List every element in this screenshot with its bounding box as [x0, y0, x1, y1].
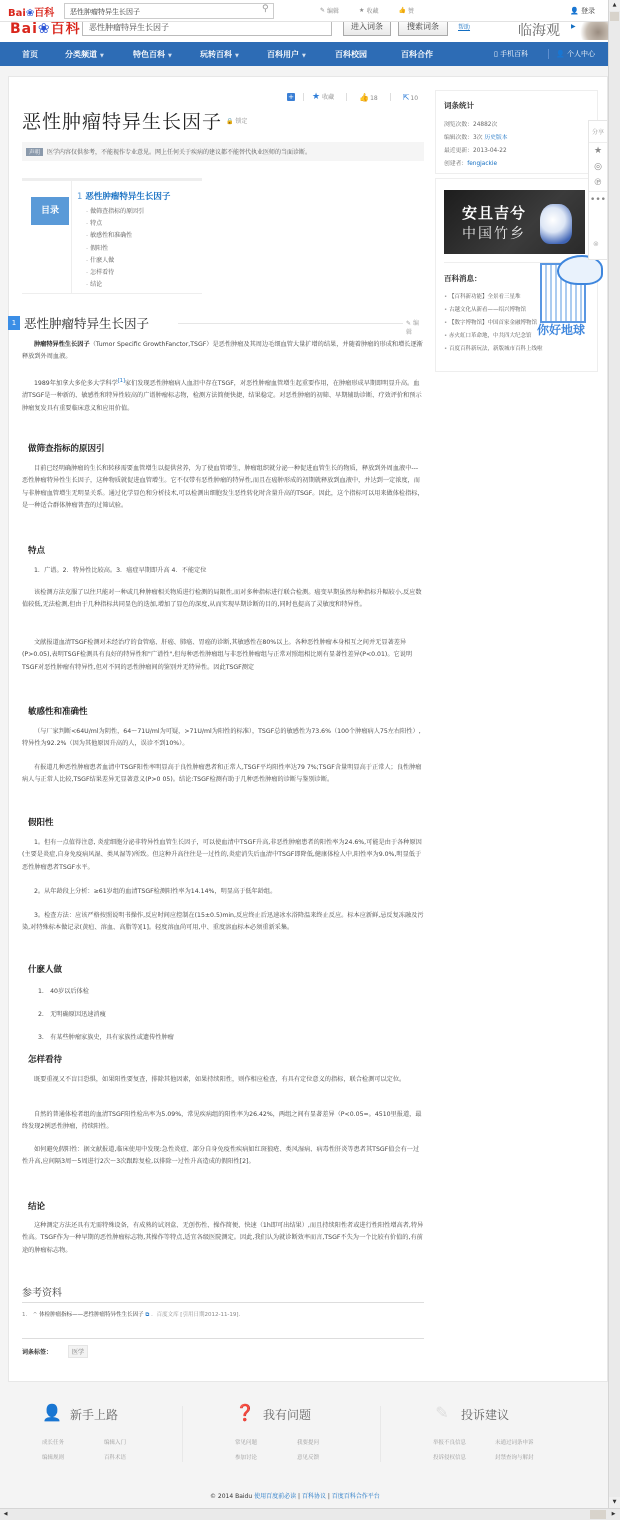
star-icon[interactable]: ★: [589, 143, 607, 159]
vase-image: [540, 204, 572, 244]
nav-play[interactable]: 玩转百科▼: [200, 49, 239, 60]
ad-banner[interactable]: 安且吉兮 中国竹乡: [444, 190, 585, 254]
footer-link[interactable]: 参加讨论: [235, 1453, 257, 1461]
footer-column-questions: ❓ 我有问题 常见问题 我要提问 参加讨论 意见反馈: [235, 1404, 385, 1464]
user-icon: 👤: [42, 1404, 60, 1422]
sensitivity-paragraph-1: （与厂家判断<64U/ml为阴性，64～71U/ml为可疑，>71U/ml为阳性…: [22, 726, 424, 751]
thumbs-up-icon: 👍: [398, 7, 405, 14]
entry-stats-card: 词条统计 浏览次数：24882次 编辑次数：3次 历史版本 最近更新：2013-…: [435, 90, 598, 174]
edit-button[interactable]: ✎编辑: [320, 6, 339, 15]
pencil-icon: ✎: [406, 320, 411, 327]
views-count: 浏览次数：24882次: [444, 119, 497, 128]
star-icon: ★: [359, 7, 364, 14]
lock-icon: 🔒: [226, 118, 233, 125]
footer-link[interactable]: 举报不良信息: [433, 1438, 466, 1446]
toc-item[interactable]: 结论: [86, 279, 144, 291]
pin-icon[interactable]: ℗: [589, 175, 607, 191]
qr-code-promo[interactable]: 你好地球: [537, 255, 607, 337]
footer-partner-link[interactable]: 百度百科合作平台: [332, 1493, 380, 1500]
thumbs-up-icon: 👍: [359, 93, 369, 102]
nav-user-center[interactable]: 👤 个人中心: [556, 49, 595, 59]
features-list: 1．广谱。2．特异性比较高。3．癌症早期即升高 4．不能定位: [22, 565, 424, 577]
chevron-down-icon: ▼: [168, 53, 172, 59]
reason-paragraph: 目前已经明确肿瘤的生长和转移需要血管增生以提供营养，为了使血管增生，肿瘤组织就分…: [22, 463, 424, 512]
promo-arrow-icon[interactable]: ▶: [571, 23, 576, 30]
footer-column-newbie: 👤 新手上路 成长任务 编辑入门 编辑规则 百科术语: [42, 1404, 192, 1464]
features-paragraph-2: 该检测方法克服了以往只能对一种或几种肿瘤相关物质进行检测的局限性,而对多种指标进…: [22, 587, 424, 612]
user-icon: 👤: [570, 7, 579, 15]
nav-categories[interactable]: 分类频道▼: [65, 49, 104, 60]
news-title: 百科消息：: [444, 273, 482, 284]
lock-status: 🔒 锁定: [226, 116, 247, 125]
close-icon[interactable]: ⊗: [593, 240, 599, 248]
section-number: 1: [8, 316, 20, 330]
toc-subitems: 做筛查指标的原因引 特点 敏感性和准确性 假阳性 什麽人做 怎样看待 结论: [86, 206, 144, 291]
history-link[interactable]: 历史版本: [484, 135, 507, 141]
footer-link[interactable]: 封禁查询与解封: [495, 1453, 534, 1461]
footer-link[interactable]: 编辑规则: [42, 1453, 64, 1461]
user-icon: 👤: [556, 50, 565, 58]
edits-count: 编辑次数：3次 历史版本: [444, 132, 508, 141]
news-item[interactable]: 古越文化从新看——绍兴博物馆: [444, 305, 544, 313]
footer-link[interactable]: 我要提问: [297, 1438, 319, 1446]
reference-item: 1． ^ 体检肿瘤指标——恶性肿瘤特异性生长因子 ⧉ ．百度文库 [引用日期20…: [22, 1310, 244, 1319]
citation-link[interactable]: [1]: [118, 378, 125, 384]
view-paragraph-1: 既要重视又不盲目恐惧，如果阳性要复查，排除其他因素，如果持续阳性，则作相应检查，…: [22, 1074, 424, 1086]
nav-cooperation[interactable]: 百科合作: [401, 49, 433, 60]
horizontal-scrollbar[interactable]: ◀ ▶: [0, 1508, 620, 1520]
help-link[interactable]: 帮助: [458, 22, 470, 31]
subheading-who: 什麽人做: [28, 963, 62, 975]
subheading-false-positive: 假阳性: [28, 816, 54, 828]
chevron-down-icon: ▼: [235, 53, 239, 59]
news-item[interactable]: 【百科新功能】全景看三星堆: [444, 292, 544, 300]
share-panel: 分享 ★ ◎ ℗ •••: [588, 120, 608, 260]
nav-users[interactable]: 百科用户▼: [267, 49, 306, 60]
news-item[interactable]: 【数字博物馆】中国首家金融博物馆: [444, 318, 544, 326]
promo-text[interactable]: 临海观: [518, 20, 560, 40]
section-edit-button[interactable]: ✎ 编辑: [406, 318, 424, 336]
like-button[interactable]: 👍赞: [398, 6, 414, 15]
article-tools: + ★收藏 👍18 ⇱10: [287, 92, 418, 102]
top-actions: ✎编辑 ★收藏 👍赞: [320, 6, 414, 15]
plus-icon[interactable]: +: [287, 93, 295, 101]
favorite-button[interactable]: ★收藏: [359, 6, 378, 15]
toc-item[interactable]: 特点: [86, 218, 144, 230]
news-item[interactable]: 百度百科新玩法，新版城市百科上线啦: [444, 344, 585, 352]
footer-agreement-link[interactable]: 百科协议: [302, 1493, 326, 1500]
subheading-features: 特点: [28, 544, 45, 556]
pencil-icon: ✎: [320, 7, 325, 14]
share-count[interactable]: ⇱10: [403, 93, 418, 102]
nav-divider: [548, 49, 549, 59]
footer-column-complaints: ✎ 投诉建议 举报不良信息 未通过词条申诉 投诉侵权信息 封禁查询与解封: [433, 1404, 583, 1464]
view-paragraph-2: 自然的普通体检者组的血清TSGF阳性检出率为5.09%，常见疾病组的阳性率为26…: [22, 1109, 424, 1134]
subheading-view: 怎样看待: [28, 1053, 62, 1065]
toc-item[interactable]: 敏感性和准确性: [86, 230, 144, 242]
phone-icon: ▯: [494, 50, 498, 58]
footer-link[interactable]: 常见问题: [235, 1438, 257, 1446]
footer-terms-link[interactable]: 使用百度前必读: [254, 1493, 296, 1500]
caret-icon[interactable]: ^: [33, 1312, 38, 1318]
login-button[interactable]: 👤 登录: [570, 6, 595, 16]
scroll-left-arrow-icon[interactable]: ◀: [0, 1509, 11, 1520]
share-label: 分享: [589, 121, 607, 143]
nav-featured[interactable]: 特色百科▼: [133, 49, 172, 60]
copyright: © 2014 Baidu 使用百度前必读 | 百科协议 | 百度百科合作平台: [210, 1491, 380, 1500]
top-bar: Bai❀百科 恶性肿瘤特异生长因子 ⚲ ✎编辑 ★收藏 👍赞 👤 登录: [0, 0, 608, 22]
footer-link[interactable]: 未通过词条申诉: [495, 1438, 534, 1446]
view-paragraph-3: 如何避免假阳性：据文献报道,临床使用中发现:急性炎症、部分自身免疫性疾病如红斑狼…: [22, 1144, 424, 1169]
false-positive-paragraph-3: 3。检查方法：应该严格按照说明书操作,反应时间应控制在(15±0.5)min,反…: [22, 910, 424, 935]
star-icon: ★: [312, 92, 320, 102]
footer-link[interactable]: 百科术语: [104, 1453, 126, 1461]
intro-paragraph: 肿瘤特异性生长因子（Tumor Specific GrowthFanctor,T…: [22, 339, 424, 364]
footer-link[interactable]: 投诉侵权信息: [433, 1453, 466, 1461]
nav-home[interactable]: 首页: [22, 49, 38, 60]
footer-link[interactable]: 意见反馈: [297, 1453, 319, 1461]
news-item[interactable]: 赤火虹口革命地，中共四大纪念馆: [444, 331, 544, 339]
scroll-down-arrow-icon[interactable]: ▼: [609, 1497, 620, 1508]
list-item: 1. 40岁以后体检: [38, 986, 89, 995]
subheading-sensitivity: 敏感性和准确性: [28, 705, 88, 717]
toc-item[interactable]: 假阳性: [86, 243, 144, 255]
share-icon: ⇱: [403, 93, 410, 102]
history-paragraph: 1989年加拿大多伦多大学科学[1]家们发现恶性肿瘤病人血沮中存在TSGF，对恶…: [22, 375, 424, 415]
top-search-input[interactable]: 恶性肿瘤特异生长因子: [64, 3, 274, 19]
toc-item-main[interactable]: 1恶性肿瘤特异生长因子: [77, 190, 170, 202]
scroll-thumb[interactable]: [610, 12, 619, 21]
table-of-contents: 目录 1恶性肿瘤特异生长因子 做筛查指标的原因引 特点 敏感性和准确性 假阳性 …: [22, 178, 202, 294]
disclaimer-badge: 声明: [26, 148, 43, 156]
page-title: 恶性肿瘤特异生长因子: [22, 107, 222, 134]
section-title: 恶性肿瘤特异生长因子: [24, 314, 149, 332]
scroll-thumb[interactable]: [590, 1510, 606, 1519]
subheading-reason: 做筛查指标的原因引: [28, 442, 105, 454]
chevron-down-icon: ▼: [100, 53, 104, 59]
sensitivity-paragraph-2: 有报道几种恶性肿瘤患者血清中TSGF阳性率明显高于良性肿瘤患者和正常人,TSGF…: [22, 762, 424, 787]
toc-item[interactable]: 什麽人做: [86, 255, 144, 267]
question-icon: ❓: [235, 1404, 253, 1422]
baidu-baike-logo-small[interactable]: Bai❀百科: [8, 4, 54, 19]
search-icon[interactable]: ⚲: [262, 4, 269, 14]
toc-label: 目录: [31, 197, 69, 225]
weibo-icon[interactable]: ◎: [589, 159, 607, 175]
references-title: 参考资料: [22, 1284, 62, 1299]
conclusion-paragraph: 这种测定方法还具有无需特殊设备，有成熟的试剂盒、无创伤性、操作简便、快速（1h即…: [22, 1220, 424, 1257]
toc-item[interactable]: 怎样看待: [86, 267, 144, 279]
nav-campus[interactable]: 百科校园: [335, 49, 367, 60]
vertical-scrollbar[interactable]: ▲ ▼: [608, 0, 620, 1508]
subheading-conclusion: 结论: [28, 1200, 45, 1212]
like-count[interactable]: 👍18: [359, 93, 378, 102]
creator: 创建者：fengjackie: [444, 158, 497, 167]
list-item: 3. 有某些肿瘤家族史，具有家族性或遗传性肿瘤: [38, 1032, 174, 1041]
section-header: 1 恶性肿瘤特异生长因子 ✎ 编辑: [8, 314, 424, 330]
medical-disclaimer: 声明医学内容仅供参考，不能视作专业意见。网上任何关于疾病的建议都不能替代执业医师…: [22, 142, 424, 161]
stats-title: 词条统计: [444, 100, 474, 111]
last-updated: 最近更新：2013-04-22: [444, 145, 507, 154]
main-nav: 首页 分类频道▼ 特色百科▼ 玩转百科▼ 百科用户▼ 百科校园 百科合作 ▯ 手…: [0, 42, 608, 66]
footer-link[interactable]: 成长任务: [42, 1438, 64, 1446]
toc-item[interactable]: 做筛查指标的原因引: [86, 206, 144, 218]
favorite-button[interactable]: ★收藏: [312, 92, 334, 102]
false-positive-paragraph-2: 2。从年龄段上分析：≥61岁组的血清TSGF检测阳性率为14.14%，明显高于低…: [22, 886, 424, 898]
edit-box-icon: ✎: [433, 1404, 451, 1422]
nav-mobile[interactable]: ▯ 手机百科: [494, 49, 528, 59]
scroll-right-arrow-icon[interactable]: ▶: [608, 1509, 619, 1520]
more-icon[interactable]: •••: [589, 191, 607, 208]
chevron-down-icon: ▼: [302, 53, 306, 59]
scroll-up-arrow-icon[interactable]: ▲: [609, 0, 620, 11]
list-item: 2. 无明确原因迅速消瘦: [38, 1009, 106, 1018]
creator-link[interactable]: fengjackie: [467, 161, 497, 167]
reference-link[interactable]: 体检肿瘤指标——恶性肿瘤特异性生长因子: [39, 1312, 144, 1318]
features-paragraph-3: 文献报道血清TSGF检测对未经治疗的食管癌、肝癌、肺癌、胃癌的诊断,其敏感性在8…: [22, 637, 424, 674]
external-link-icon[interactable]: ⧉: [145, 1312, 149, 1318]
tag-medicine[interactable]: 医学: [68, 1345, 88, 1358]
footer-link[interactable]: 编辑入门: [104, 1438, 126, 1446]
tags-label: 词条标签：: [22, 1347, 52, 1356]
false-positive-paragraph-1: 1。但有一点值得注意, 炎症细胞分泌非特异性血管生长因子，可以使血清中TSGF升…: [22, 837, 424, 874]
